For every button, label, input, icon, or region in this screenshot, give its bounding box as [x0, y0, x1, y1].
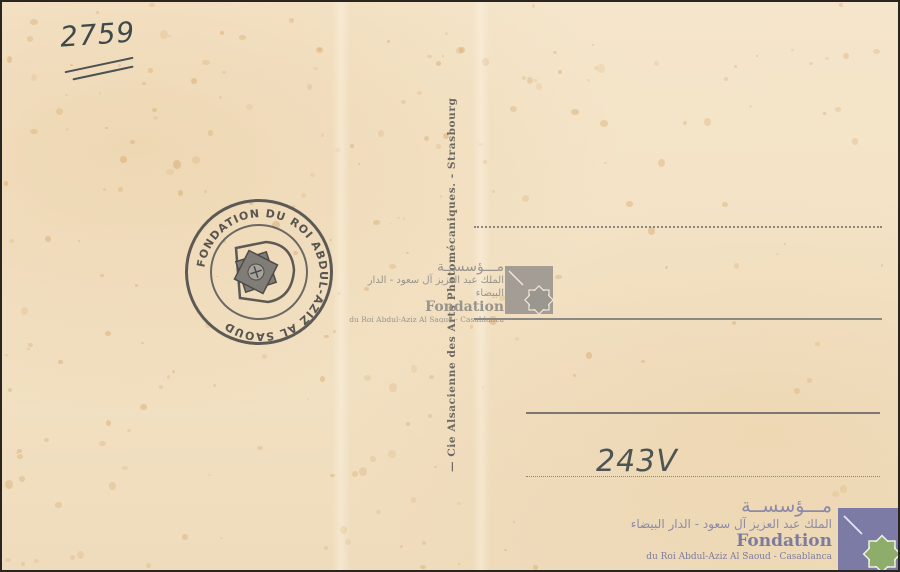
postcard-back: 2759 FONDATION DU ROI ABDUL-AZIZ AL SAOU… [2, 2, 898, 570]
handwritten-number: 2759 [59, 15, 136, 53]
handwritten-reference: 243V [596, 444, 678, 479]
watermark-french-title: Fondation [632, 532, 832, 551]
watermark-arabic-title: مـــؤسســة [632, 496, 832, 516]
handwritten-underline [65, 57, 134, 74]
address-line-1 [474, 226, 882, 228]
stamp-inner-ring [210, 224, 308, 320]
address-line-4 [526, 476, 880, 477]
foundation-stamp: FONDATION DU ROI ABDUL-AZIZ AL SAOUD [185, 199, 333, 345]
address-line-2 [474, 318, 882, 320]
watermark-french-subtitle: du Roi Abdul-Aziz Al Saoud - Casablanca [342, 315, 504, 325]
watermark-arabic-subtitle: الملك عبد العزيز آل سعود - الدار البيضاء [632, 516, 832, 532]
watermark-arabic-subtitle: الملك عبد العزيز آل سعود - الدار البيضاء [342, 274, 504, 300]
watermark-french-subtitle: du Roi Abdul-Aziz Al Saoud - Casablanca [632, 551, 832, 563]
watermark-corner: مـــؤسســة الملك عبد العزيز آل سعود - ال… [632, 496, 832, 563]
watermark-center: مـــؤسســة الملك عبد العزيز آل سعود - ال… [342, 260, 504, 325]
foundation-logo-icon [838, 508, 898, 570]
address-line-3 [526, 412, 880, 414]
watermark-french-title: Fondation [342, 300, 504, 315]
watermark-arabic-title: مـــؤسســة [342, 260, 504, 274]
foundation-logo-icon [505, 266, 553, 314]
